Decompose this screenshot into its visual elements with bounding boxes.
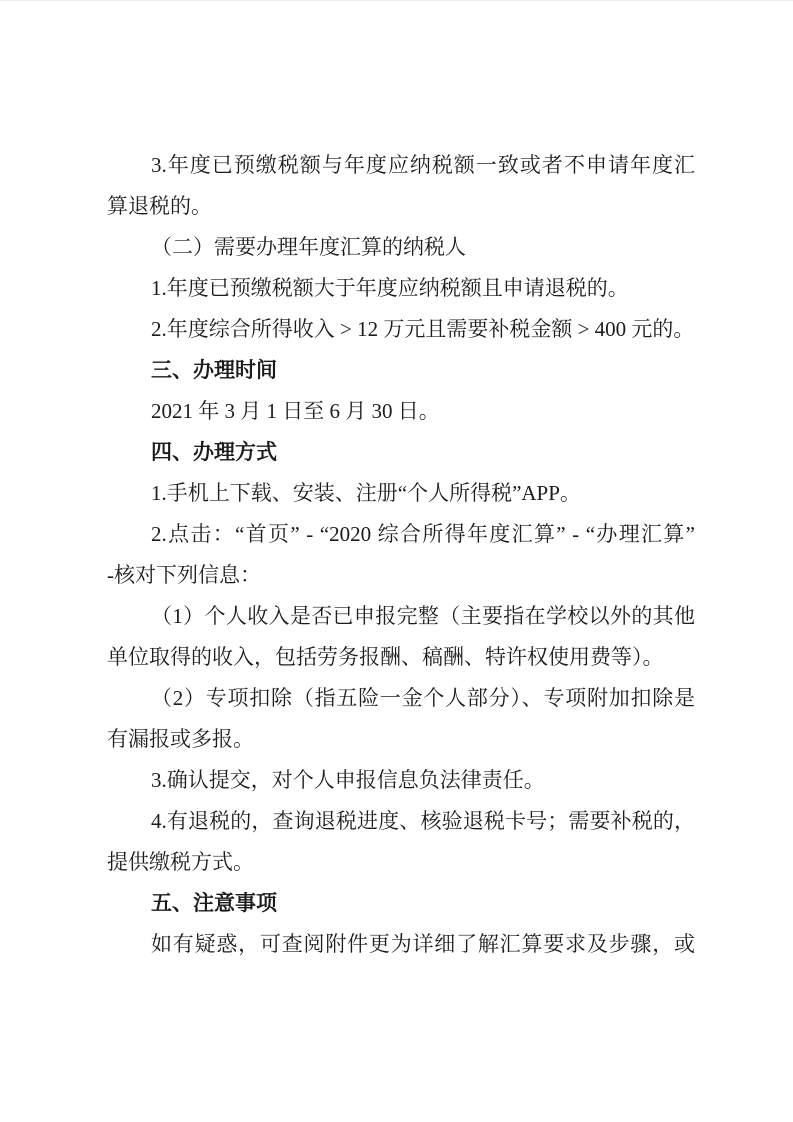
doc-line-7: 2021 年 3 月 1 日至 6 月 30 日。: [107, 391, 695, 432]
doc-line-10: 2.点击：“首页” - “2020 综合所得年度汇算” - “办理汇算”: [107, 514, 695, 555]
doc-line-18: 提供缴税方式。: [107, 842, 695, 883]
doc-line-13: 单位取得的收入，包括劳务报酬、稿酬、特许权使用费等）。: [107, 637, 695, 678]
doc-line-11: -核对下列信息：: [107, 555, 695, 596]
heading-processing-method: 四、办理方式: [107, 432, 695, 473]
doc-line-2: 算退税的。: [107, 186, 695, 227]
doc-line-5: 2.年度综合所得收入 > 12 万元且需要补税金额 > 400 元的。: [107, 309, 695, 350]
document-page: 3.年度已预缴税额与年度应纳税额一致或者不申请年度汇 算退税的。 （二）需要办理…: [0, 0, 793, 1122]
doc-line-14: （2）专项扣除（指五险一金个人部分）、专项附加扣除是否: [107, 678, 695, 719]
doc-line-15: 有漏报或多报。: [107, 719, 695, 760]
doc-line-9: 1.手机上下载、安装、注册“个人所得税”APP。: [107, 473, 695, 514]
doc-line-3: （二）需要办理年度汇算的纳税人: [107, 227, 695, 268]
document-content: 3.年度已预缴税额与年度应纳税额一致或者不申请年度汇 算退税的。 （二）需要办理…: [107, 145, 695, 965]
doc-line-4: 1.年度已预缴税额大于年度应纳税额且申请退税的。: [107, 268, 695, 309]
doc-line-16: 3.确认提交，对个人申报信息负法律责任。: [107, 760, 695, 801]
heading-notes: 五、注意事项: [107, 883, 695, 924]
doc-line-12: （1）个人收入是否已申报完整（主要指在学校以外的其他: [107, 596, 695, 637]
doc-line-1: 3.年度已预缴税额与年度应纳税额一致或者不申请年度汇: [107, 145, 695, 186]
doc-line-20: 如有疑惑，可查阅附件更为详细了解汇算要求及步骤，或通: [107, 924, 695, 965]
doc-line-17: 4.有退税的，查询退税进度、核验退税卡号；需要补税的，: [107, 801, 695, 842]
heading-processing-time: 三、办理时间: [107, 350, 695, 391]
